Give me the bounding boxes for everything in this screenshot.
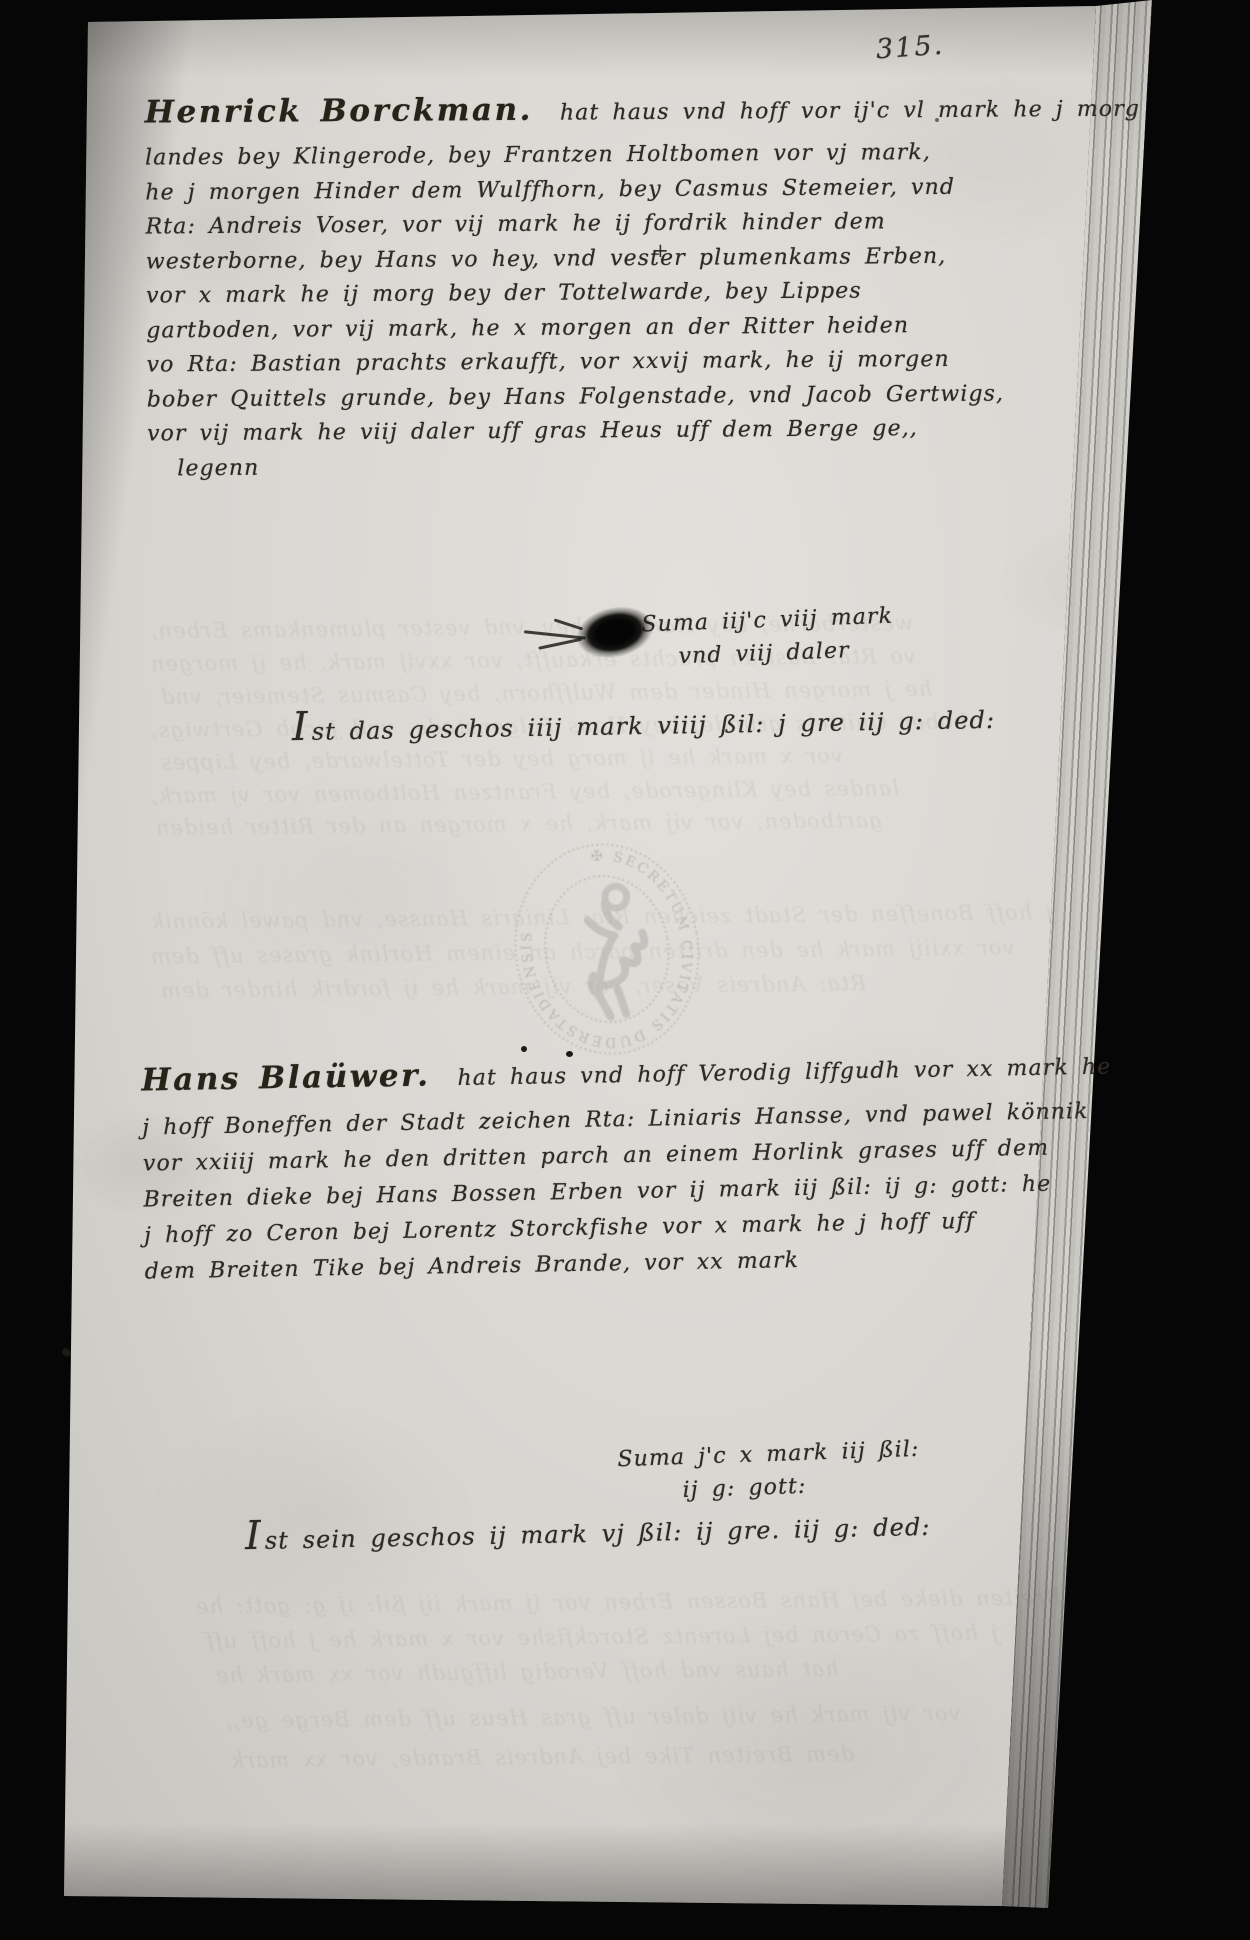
sum-annotation-2: Suma j'c x mark iij ßil: ij g: gott: — [617, 1433, 921, 1510]
page-number: 315. — [875, 30, 945, 66]
ink-speck — [566, 1051, 573, 1057]
ink-speck — [521, 1046, 527, 1052]
scanned-book-photo: westerborne, bey Hans vo hey, vnd vester… — [0, 0, 1250, 1940]
entry-heading-borckman: Henrick Borckman. — [145, 92, 533, 131]
entry-line: hat haus vnd hoff vor ij'c vl mark he j … — [560, 97, 1140, 126]
ink-speck — [61, 1347, 72, 1358]
entry-line: bober Quittels grunde, bey Hans Folgenst… — [147, 376, 1142, 417]
register-entry-blauwer: Hans Blaüwer. hat haus vnd hoff Verodig … — [141, 1038, 1115, 1291]
register-entry-borckman: Henrick Borckman. hat haus vnd hoff vor … — [145, 81, 1143, 487]
sum-annotation-1: Suma iij'c viij mark vnd viij daler — [641, 600, 895, 675]
city-seal-stamp: ✠ SECRETUM CIVITATIS DUDERSTADIENSIS — [490, 821, 725, 1080]
ink-speck — [935, 118, 939, 122]
entry-line: legenn — [177, 445, 1142, 486]
entry-line: hat haus vnd hoff Verodig liffgudh vor x… — [457, 1055, 1111, 1091]
lion-rampant-icon — [575, 883, 656, 1019]
insertion-mark: + — [652, 238, 669, 262]
entry-heading-blauwer: Hans Blaüwer. — [141, 1057, 431, 1098]
ink-blot — [575, 606, 655, 659]
